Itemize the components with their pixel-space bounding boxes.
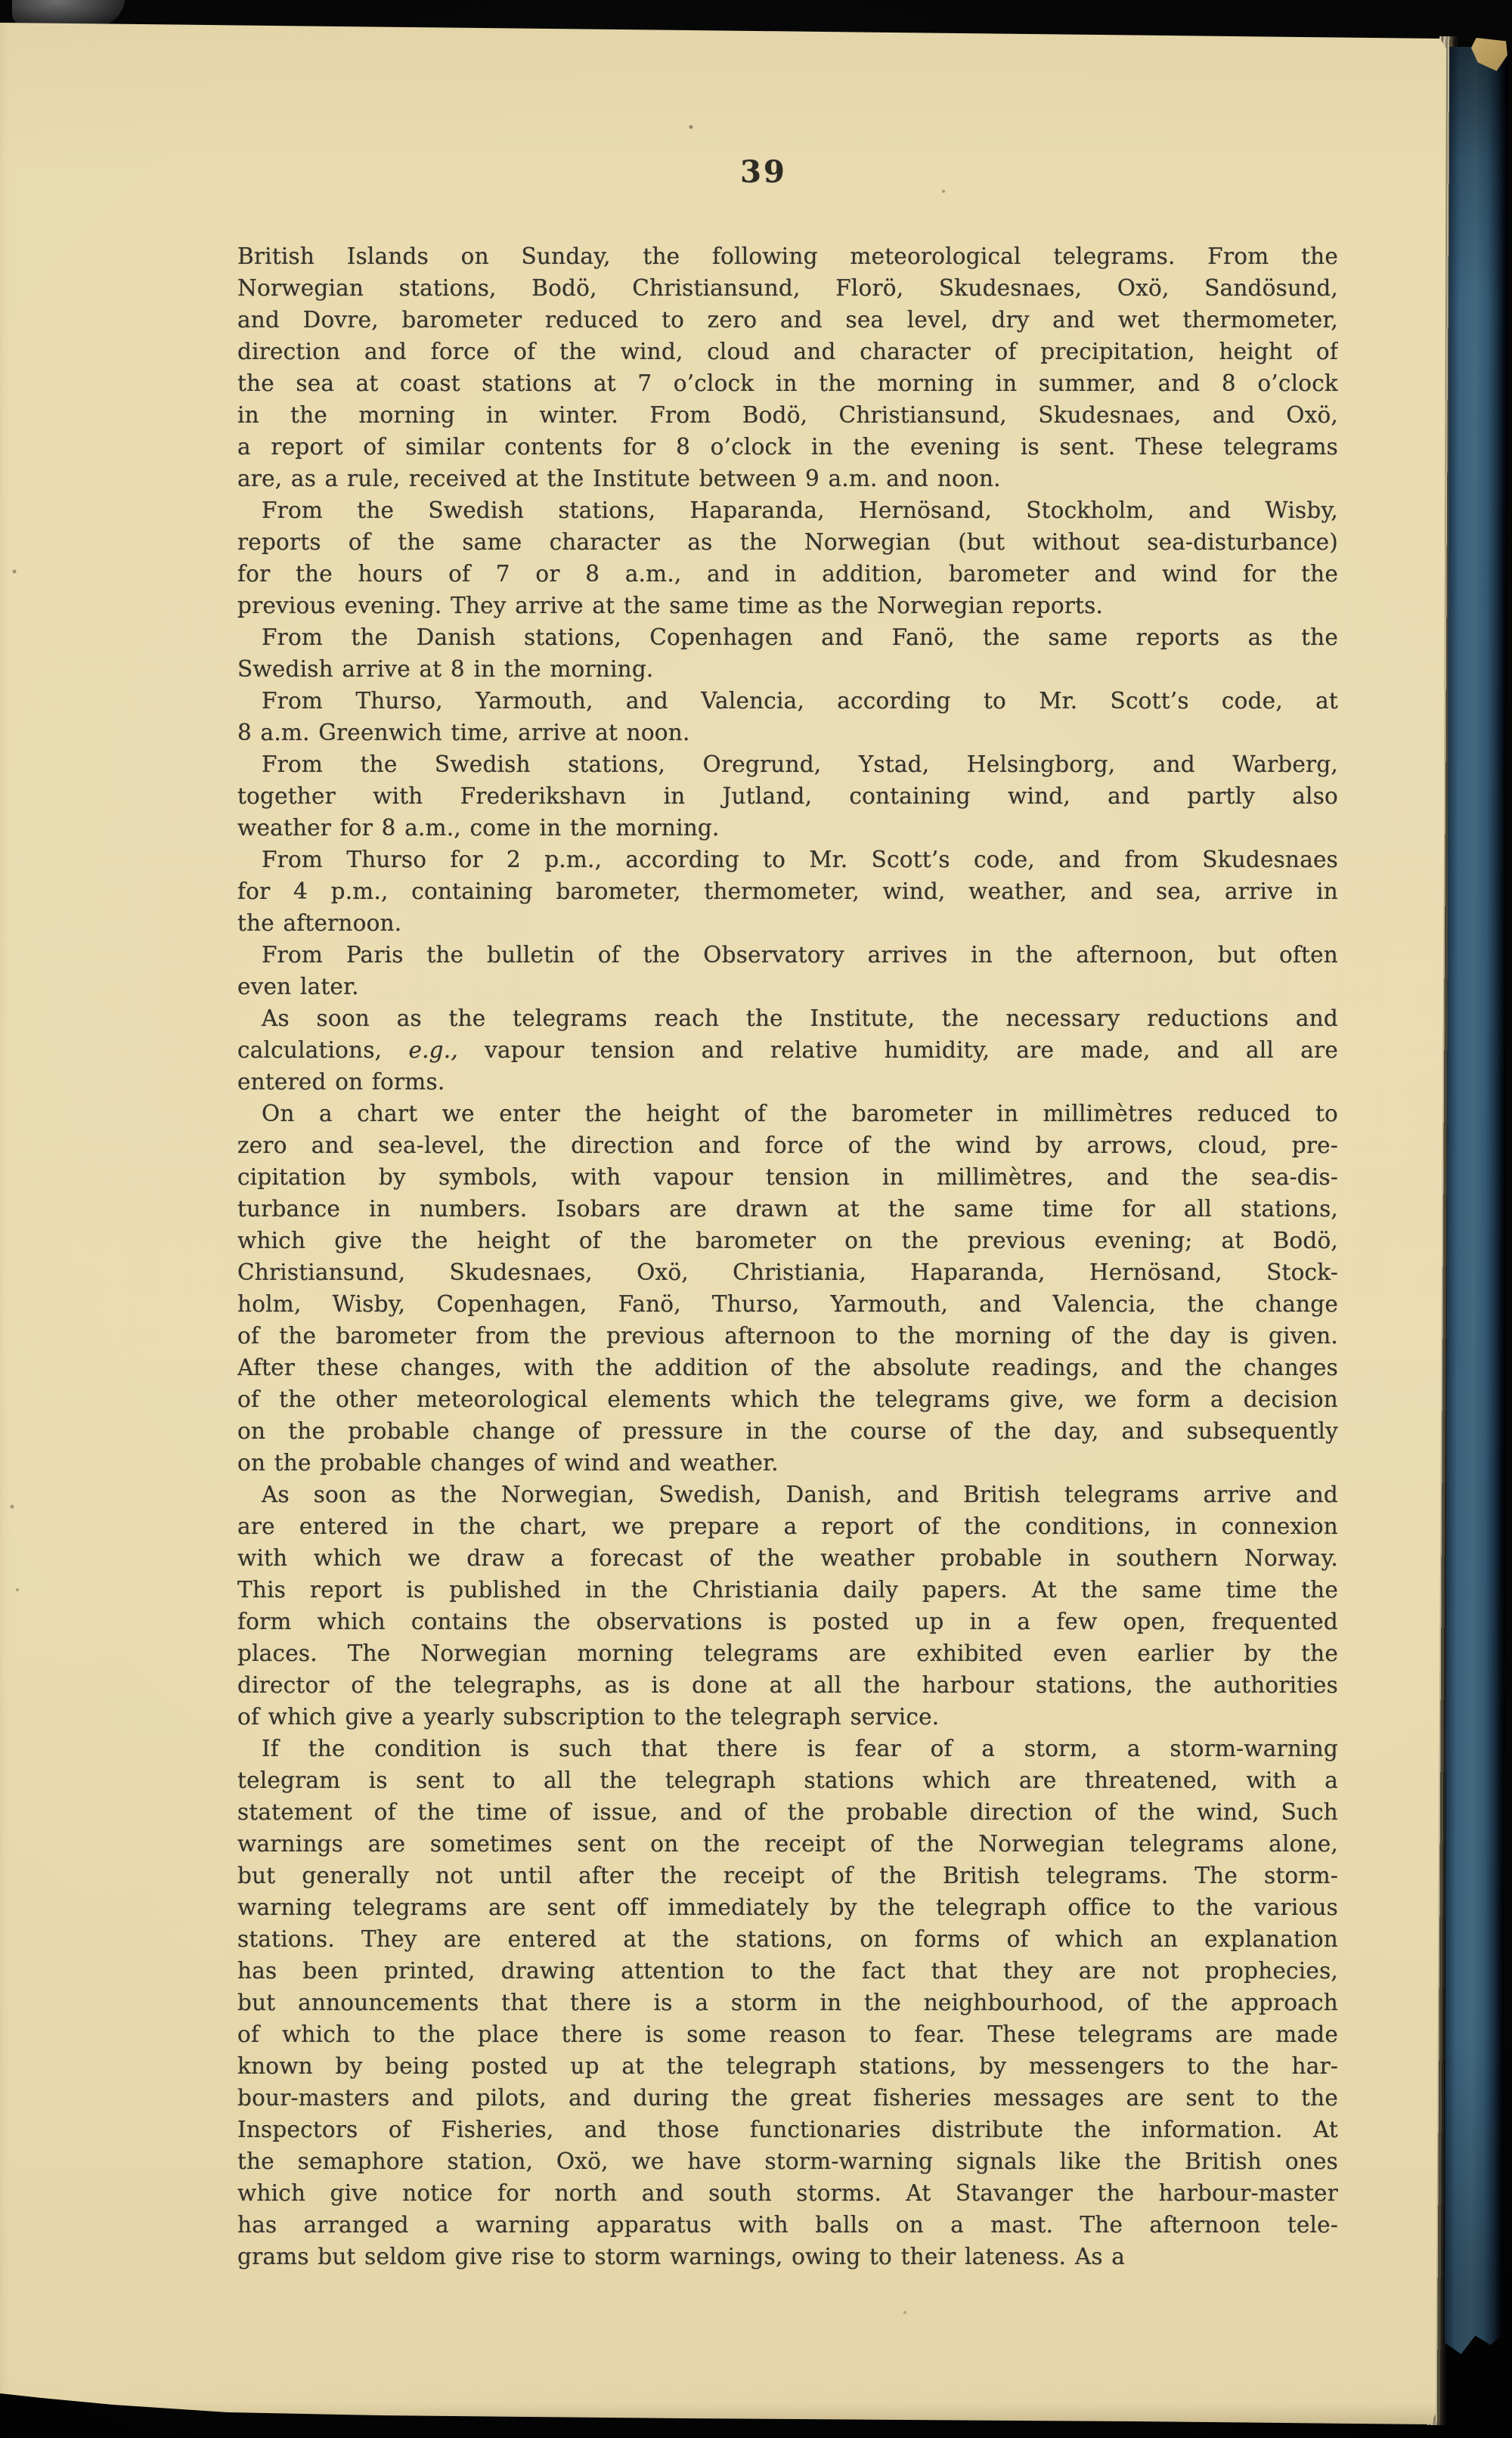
text-line: This report is published in the Christia… (237, 1574, 1338, 1606)
text-line: which give the height of the barometer o… (237, 1225, 1338, 1256)
text-line: turbance in numbers. Isobars are drawn a… (237, 1193, 1338, 1225)
text-line: and Dovre, barometer reduced to zero and… (237, 304, 1338, 336)
text-line: Swedish arrive at 8 in the morning. (237, 653, 1338, 685)
text-line: holm, Wisby, Copenhagen, Fanö, Thurso, Y… (237, 1288, 1338, 1320)
text-line: On a chart we enter the height of the ba… (237, 1098, 1338, 1129)
text-line: direction and force of the wind, cloud a… (237, 336, 1338, 367)
text-line: calculations, e.g., vapour tension and r… (237, 1034, 1338, 1066)
text-line: known by being posted up at the telegrap… (237, 2050, 1338, 2082)
page-number: 39 (688, 154, 839, 190)
text-line: the sea at coast stations at 7 o’clock i… (237, 367, 1338, 399)
text-line: entered on forms. (237, 1066, 1338, 1098)
text-line: a report of similar contents for 8 o’clo… (237, 431, 1338, 463)
text-line: Inspectors of Fisheries, and those funct… (237, 2114, 1338, 2145)
text-line: Norwegian stations, Bodö, Christiansund,… (237, 272, 1338, 304)
text-line: are, as a rule, received at the Institut… (237, 463, 1338, 494)
text-line: warnings are sometimes sent on the recei… (237, 1828, 1338, 1860)
text-line: From Thurso for 2 p.m., according to Mr.… (237, 844, 1338, 875)
text-line: stations. They are entered at the statio… (237, 1923, 1338, 1955)
text-line: has arranged a warning apparatus with ba… (237, 2209, 1338, 2241)
text-line: From Thurso, Yarmouth, and Valencia, acc… (237, 685, 1338, 717)
text-line: From the Swedish stations, Oregrund, Yst… (237, 748, 1338, 780)
page-text: British Islands on Sunday, the following… (237, 240, 1338, 2272)
text-line: 8 a.m. Greenwich time, arrive at noon. (237, 717, 1338, 748)
text-line: but announcements that there is a storm … (237, 1987, 1338, 2018)
text-line: of the other meteorological elements whi… (237, 1383, 1338, 1415)
text-line: British Islands on Sunday, the following… (237, 240, 1338, 272)
text-line: warning telegrams are sent off immediate… (237, 1891, 1338, 1923)
text-line: From the Swedish stations, Haparanda, He… (237, 494, 1338, 526)
text-line: cipitation by symbols, with vapour tensi… (237, 1161, 1338, 1193)
text-line: of the barometer from the previous after… (237, 1320, 1338, 1352)
text-line: Christiansund, Skudesnaes, Oxö, Christia… (237, 1256, 1338, 1288)
text-line: previous evening. They arrive at the sam… (237, 590, 1338, 621)
text-line: If the condition is such that there is f… (237, 1733, 1338, 1764)
text-line: weather for 8 a.m., come in the morning. (237, 812, 1338, 844)
text-line: for 4 p.m., containing barometer, thermo… (237, 875, 1338, 907)
text-line: After these changes, with the addition o… (237, 1352, 1338, 1383)
text-line: in the morning in winter. From Bodö, Chr… (237, 399, 1338, 431)
text-line: statement of the time of issue, and of t… (237, 1796, 1338, 1828)
text-line: From Paris the bulletin of the Observato… (237, 939, 1338, 971)
text-line: telegram is sent to all the telegraph st… (237, 1764, 1338, 1796)
text-line: on the probable change of pressure in th… (237, 1415, 1338, 1447)
text-line: of which give a yearly subscription to t… (237, 1701, 1338, 1733)
text-line: has been printed, drawing attention to t… (237, 1955, 1338, 1987)
text-line: form which contains the observations is … (237, 1606, 1338, 1637)
book-page: 39 British Islands on Sunday, the follow… (0, 0, 1512, 2438)
text-line: but generally not until after the receip… (237, 1860, 1338, 1891)
text-line: As soon as the Norwegian, Swedish, Danis… (237, 1479, 1338, 1510)
text-line: with which we draw a forecast of the wea… (237, 1542, 1338, 1574)
text-line: together with Frederikshavn in Jutland, … (237, 780, 1338, 812)
text-line: director of the telegraphs, as is done a… (237, 1669, 1338, 1701)
book-cover-edge (1445, 47, 1508, 2354)
text-line: of which to the place there is some reas… (237, 2018, 1338, 2050)
text-line: the afternoon. (237, 907, 1338, 939)
text-line: From the Danish stations, Copenhagen and… (237, 621, 1338, 653)
text-line: which give notice for north and south st… (237, 2177, 1338, 2209)
text-line: reports of the same character as the Nor… (237, 526, 1338, 558)
text-line: zero and sea-level, the direction and fo… (237, 1129, 1338, 1161)
text-line: on the probable changes of wind and weat… (237, 1447, 1338, 1479)
text-line: As soon as the telegrams reach the Insti… (237, 1002, 1338, 1034)
text-line: bour-masters and pilots, and during the … (237, 2082, 1338, 2114)
text-line: for the hours of 7 or 8 a.m., and in add… (237, 558, 1338, 590)
text-line: places. The Norwegian morning telegrams … (237, 1637, 1338, 1669)
text-line: are entered in the chart, we prepare a r… (237, 1510, 1338, 1542)
text-line: even later. (237, 971, 1338, 1002)
text-line: grams but seldom give rise to storm warn… (237, 2241, 1338, 2272)
text-line: the semaphore station, Oxö, we have stor… (237, 2145, 1338, 2177)
